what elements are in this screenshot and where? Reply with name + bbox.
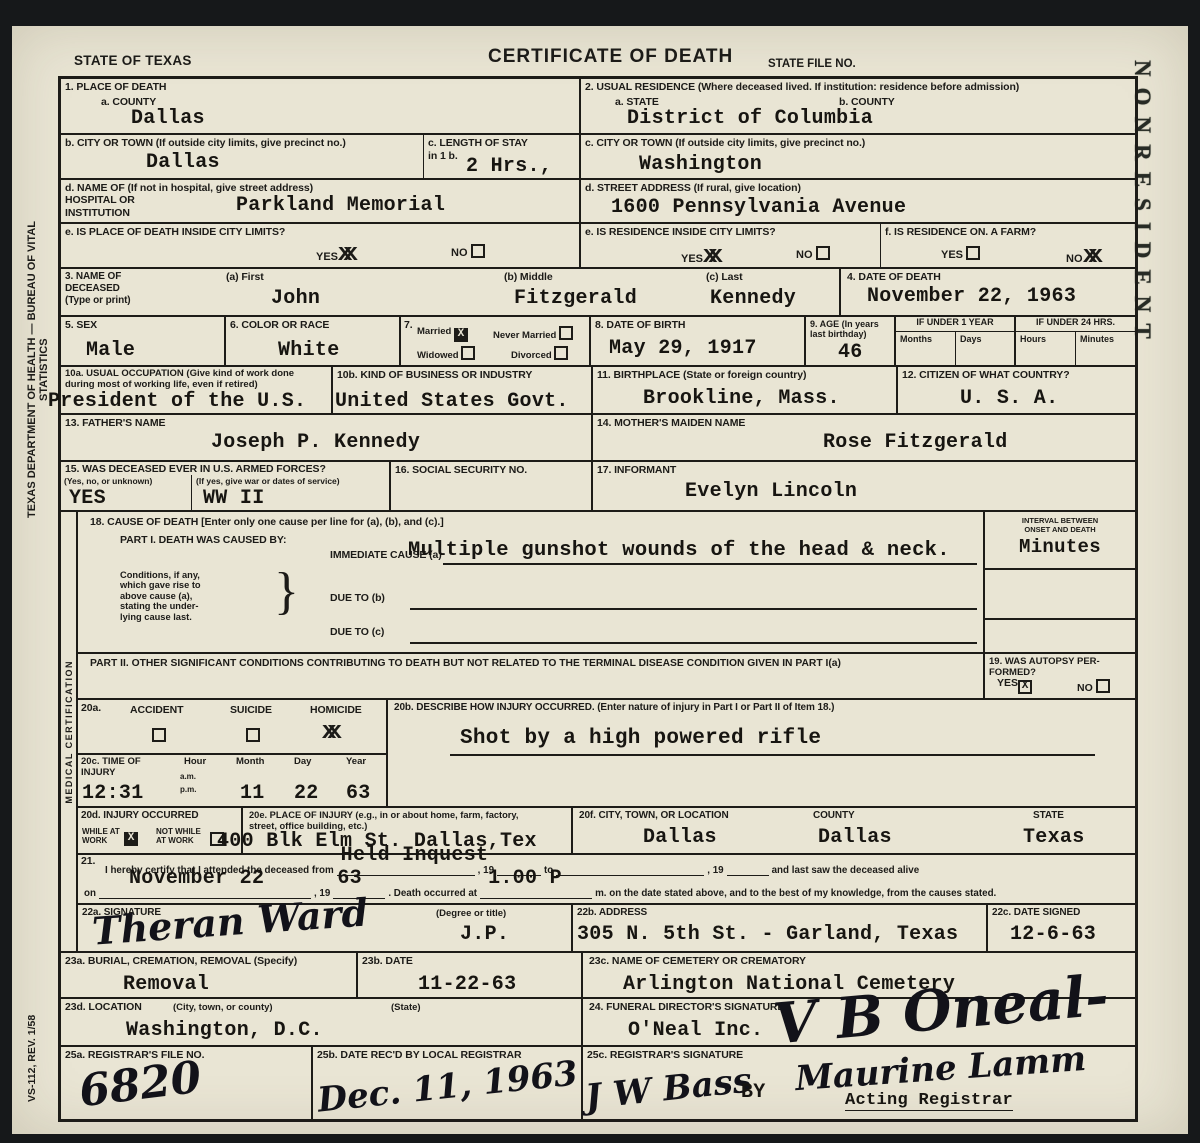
day-label: Day bbox=[294, 757, 311, 768]
birthplace-value: Brookline, Mass. bbox=[643, 387, 840, 410]
interval-blank-b bbox=[985, 568, 1135, 618]
yes-label: YES bbox=[681, 253, 703, 265]
injury-county-label: COUNTY bbox=[813, 810, 855, 822]
color-race-label: 6. COLOR OR RACE bbox=[230, 319, 329, 331]
burial-location-label: 23d. LOCATION bbox=[65, 1001, 142, 1013]
injury-occurred-label: 20d. INJURY OCCURRED bbox=[81, 810, 198, 822]
business-label: 10b. KIND OF BUSINESS OR INDUSTRY bbox=[337, 369, 532, 381]
row-name-dod: 3. NAME OF DECEASED (Type or print) (a) … bbox=[61, 269, 1135, 317]
part2-label: PART II. OTHER SIGNIFICANT CONDITIONS CO… bbox=[90, 658, 841, 669]
residence-city-value: Washington bbox=[639, 153, 762, 176]
armed-forces-war-value: WW II bbox=[203, 487, 265, 510]
row-place-residence: 1. PLACE OF DEATH a. COUNTY Dallas b. CI… bbox=[61, 79, 1135, 269]
length-of-stay-value: 2 Hrs., bbox=[466, 155, 552, 178]
screenshot-root: { "chrome": { "state_of_texas": "STATE O… bbox=[0, 0, 1200, 1143]
residence-state-value: District of Columbia bbox=[627, 107, 873, 130]
registrar-signature: J W Bass bbox=[583, 1060, 753, 1117]
burial-date-label: 23b. DATE bbox=[362, 955, 413, 967]
while-at-work-label: WHILE AT WORK bbox=[82, 828, 120, 846]
first-name-label: (a) First bbox=[226, 271, 264, 283]
armed-forces-war-label: (If yes, give war or dates of service) bbox=[196, 477, 340, 486]
registrar-signature-label: 25c. REGISTRAR'S SIGNATURE bbox=[587, 1049, 743, 1061]
place-city-limits-label: e. IS PLACE OF DEATH INSIDE CITY LIMITS? bbox=[65, 226, 285, 238]
immediate-cause-rule bbox=[443, 563, 977, 565]
state-of-texas-label: STATE OF TEXAS bbox=[74, 53, 192, 68]
date-received-value: Dec. 11, 1963 bbox=[316, 1053, 580, 1120]
conditions-note: Conditions, if any, which gave rise to a… bbox=[120, 570, 201, 622]
no-label: NO bbox=[796, 249, 813, 261]
immediate-cause-value: Multiple gunshot wounds of the head & ne… bbox=[408, 539, 950, 562]
burial-location-value: Washington, D.C. bbox=[126, 1019, 323, 1042]
married-label: Married bbox=[417, 326, 451, 337]
checkbox-accident bbox=[152, 728, 166, 742]
injury-county-value: Dallas bbox=[818, 826, 892, 849]
usual-residence-label: 2. USUAL RESIDENCE (Where deceased lived… bbox=[585, 81, 1019, 93]
no-label: NO bbox=[451, 247, 468, 259]
date-of-death-label: 4. DATE OF DEATH bbox=[847, 271, 941, 283]
acting-registrar-title: Acting Registrar bbox=[845, 1091, 1013, 1111]
funeral-director-typed: O'Neal Inc. bbox=[628, 1019, 763, 1042]
age-label: 9. AGE (In years last birthday) bbox=[810, 319, 879, 340]
burial-type-value: Removal bbox=[123, 973, 209, 996]
cemetery-label: 23c. NAME OF CEMETERY OR CREMATORY bbox=[589, 955, 806, 967]
armed-forces-label: 15. WAS DECEASED EVER IN U.S. ARMED FORC… bbox=[65, 463, 326, 475]
describe-injury-label: 20b. DESCRIBE HOW INJURY OCCURRED. (Ente… bbox=[394, 702, 834, 714]
page-title: CERTIFICATE OF DEATH bbox=[488, 46, 733, 68]
time-of-injury-label: 20c. TIME OF INJURY bbox=[81, 757, 141, 779]
certify-text-6: on bbox=[84, 888, 96, 899]
checkbox-no-empty bbox=[816, 246, 830, 260]
birthplace-label: 11. BIRTHPLACE (State or foreign country… bbox=[597, 369, 806, 381]
accident-label: ACCIDENT bbox=[130, 704, 183, 716]
city-value: Dallas bbox=[146, 151, 220, 174]
date-received-label: 25b. DATE REC'D BY LOCAL REGISTRAR bbox=[317, 1049, 521, 1061]
certify-number: 21. bbox=[81, 855, 95, 867]
row-parents: 13. FATHER'S NAME Joseph P. Kennedy 14. … bbox=[61, 415, 1135, 462]
residence-farm-label: f. IS RESIDENCE ON. A FARM? bbox=[885, 226, 1036, 238]
mother-name-label: 14. MOTHER'S MAIDEN NAME bbox=[597, 417, 745, 429]
burial-date-value: 11-22-63 bbox=[418, 973, 516, 996]
row-signature: 22a. SIGNATURE Theran Ward (Degree or ti… bbox=[78, 905, 1135, 951]
yes-label: YES bbox=[997, 677, 1018, 689]
row-cause-of-death: 18. CAUSE OF DEATH [Enter only one cause… bbox=[78, 512, 1135, 700]
hours-label: Hours bbox=[1020, 334, 1046, 344]
suicide-label: SUICIDE bbox=[230, 704, 272, 716]
part1-label: PART I. DEATH WAS CAUSED BY: bbox=[120, 534, 286, 546]
row-registrar: 25a. REGISTRAR'S FILE NO. 6820 25b. DATE… bbox=[61, 1047, 1135, 1119]
row-location-funeral: 23d. LOCATION (City, town, or county) (S… bbox=[61, 999, 1135, 1047]
section-usual-residence: 2. USUAL RESIDENCE (Where deceased lived… bbox=[581, 79, 1135, 267]
divorced-label: Divorced bbox=[511, 350, 552, 361]
citizen-value: U. S. A. bbox=[960, 387, 1058, 410]
medical-certification-wrap: MEDICAL CERTIFICATION 18. CAUSE OF DEATH… bbox=[61, 512, 1135, 951]
interval-label: INTERVAL BETWEEN ONSET AND DEATH bbox=[985, 516, 1135, 535]
months-label: Months bbox=[900, 334, 932, 344]
certificate-form: 1. PLACE OF DEATH a. COUNTY Dallas b. CI… bbox=[58, 76, 1138, 1122]
certify-text-5: and last saw the deceased alive bbox=[772, 865, 920, 876]
degree-title-label: (Degree or title) bbox=[436, 909, 506, 920]
row-sex-race-dob: 5. SEX Male 6. COLOR OR RACE White 7. Ma… bbox=[61, 317, 1135, 367]
place-of-injury-value: 400 Blk Elm St. Dallas,Tex bbox=[217, 830, 537, 853]
time-of-injury-value: 12:31 bbox=[82, 782, 144, 805]
certify-text-4: , 19 bbox=[707, 865, 723, 876]
checkbox-yes-empty bbox=[966, 246, 980, 260]
registrar-by-label: BY bbox=[741, 1081, 766, 1104]
row-injury-manner: 20a. ACCIDENT SUICIDE HOMICIDE XX 20c. T… bbox=[78, 700, 1135, 808]
state-file-no-label: STATE FILE NO. bbox=[768, 58, 856, 70]
burial-type-label: 23a. BURIAL, CREMATION, REMOVAL (Specify… bbox=[65, 955, 297, 967]
left-margin-form-number: VS-112, REV. 1/58 bbox=[26, 988, 42, 1128]
father-name-label: 13. FATHER'S NAME bbox=[65, 417, 165, 429]
checkbox-widowed bbox=[461, 346, 475, 360]
certify-text-9: m. on the date stated above, and to the … bbox=[595, 888, 996, 899]
if-under-1-year-label: IF UNDER 1 YEAR bbox=[896, 317, 1014, 332]
date-signed-value: 12-6-63 bbox=[1010, 923, 1096, 946]
date-of-birth-label: 8. DATE OF BIRTH bbox=[595, 319, 685, 331]
day-value: 22 bbox=[294, 782, 319, 805]
yes-label: YES bbox=[941, 249, 963, 261]
never-married-label: Never Married bbox=[493, 330, 556, 341]
sex-value: Male bbox=[86, 339, 135, 362]
funeral-director-label: 24. FUNERAL DIRECTOR'S SIGNATURE bbox=[589, 1001, 784, 1013]
checkbox-never-married bbox=[559, 326, 573, 340]
date-of-death-value: November 22, 1963 bbox=[867, 285, 1076, 308]
certify-blank-time: 1.00 P bbox=[480, 885, 592, 899]
checkbox-autopsy-yes-checked: X bbox=[1018, 680, 1032, 694]
certify-blank-to bbox=[556, 862, 704, 876]
cause-of-death-label: 18. CAUSE OF DEATH [Enter only one cause… bbox=[90, 516, 444, 528]
due-to-c-rule bbox=[410, 642, 977, 644]
burial-location-paren1: (City, town, or county) bbox=[173, 1003, 273, 1014]
checkbox-autopsy-no bbox=[1096, 679, 1110, 693]
registrar-file-no-value: 6820 bbox=[76, 1052, 204, 1118]
certify-blank-yr2 bbox=[727, 862, 769, 876]
color-race-value: White bbox=[278, 339, 340, 362]
citizen-label: 12. CITIZEN OF WHAT COUNTRY? bbox=[902, 369, 1070, 381]
injury-city-label: 20f. CITY, TOWN, OR LOCATION bbox=[579, 810, 729, 822]
yes-xx-mark: XX bbox=[703, 246, 723, 268]
checkbox-while-at-work-checked: X bbox=[124, 832, 138, 846]
due-to-c-label: DUE TO (c) bbox=[330, 626, 384, 638]
injury-state-label: STATE bbox=[1033, 810, 1064, 822]
ssn-label: 16. SOCIAL SECURITY NO. bbox=[395, 464, 527, 476]
brace-icon: } bbox=[274, 562, 299, 621]
year-value: 63 bbox=[346, 782, 371, 805]
occupation-label: 10a. USUAL OCCUPATION (Give kind of work… bbox=[65, 369, 294, 391]
street-address-value: 1600 Pennsylvania Avenue bbox=[611, 196, 906, 219]
father-name-value: Joseph P. Kennedy bbox=[211, 431, 420, 454]
yes-xx-mark: XX bbox=[338, 244, 358, 266]
injury-city-value: Dallas bbox=[643, 826, 717, 849]
yes-label: YES bbox=[316, 251, 338, 263]
middle-name-label: (b) Middle bbox=[504, 271, 553, 283]
manner-label: 20a. bbox=[81, 702, 101, 714]
row-occupation: 10a. USUAL OCCUPATION (Give kind of work… bbox=[61, 367, 1135, 415]
informant-value: Evelyn Lincoln bbox=[685, 480, 857, 503]
armed-forces-yn-value: YES bbox=[69, 487, 106, 510]
pm-label: p.m. bbox=[180, 786, 196, 795]
not-while-at-work-label: NOT WHILE AT WORK bbox=[156, 828, 201, 846]
due-to-b-label: DUE TO (b) bbox=[330, 592, 385, 604]
informant-label: 17. INFORMANT bbox=[597, 464, 676, 476]
residence-city-label: c. CITY OR TOWN (If outside city limits,… bbox=[585, 137, 865, 149]
interval-value: Minutes bbox=[985, 536, 1135, 558]
row-injury-place: 20d. INJURY OCCURRED WHILE AT WORK X NOT… bbox=[78, 808, 1135, 855]
medical-certification-margin-label: MEDICAL CERTIFICATION bbox=[64, 660, 74, 804]
no-label: NO bbox=[1077, 682, 1093, 694]
degree-title-value: J.P. bbox=[460, 923, 509, 946]
if-under-24-hrs-label: IF UNDER 24 HRS. bbox=[1016, 317, 1135, 332]
certify-time-value: 1.00 P bbox=[488, 867, 562, 890]
certify-text-8: . Death occurred at bbox=[388, 888, 477, 899]
left-margin-agency-text: TEXAS DEPARTMENT OF HEALTH — BUREAU OF V… bbox=[26, 202, 44, 538]
row-forces-informant: 15. WAS DECEASED EVER IN U.S. ARMED FORC… bbox=[61, 462, 1135, 512]
days-label: Days bbox=[960, 334, 982, 344]
minutes-label: Minutes bbox=[1080, 334, 1114, 344]
certify-year-value: 63 bbox=[337, 867, 362, 890]
certify-on-value: November 22 bbox=[129, 867, 264, 890]
date-of-birth-value: May 29, 1917 bbox=[609, 337, 757, 360]
signer-address-value: 305 N. 5th St. - Garland, Texas bbox=[577, 923, 958, 946]
name-of-deceased-label: 3. NAME OF DECEASED (Type or print) bbox=[65, 271, 131, 306]
checkbox-divorced bbox=[554, 346, 568, 360]
burial-location-paren2: (State) bbox=[391, 1003, 421, 1014]
am-label: a.m. bbox=[180, 773, 196, 782]
checkbox-no-empty bbox=[471, 244, 485, 258]
checkbox-married-checked: X bbox=[454, 328, 468, 342]
section-place-of-death: 1. PLACE OF DEATH a. COUNTY Dallas b. CI… bbox=[61, 79, 581, 267]
homicide-label: HOMICIDE bbox=[310, 704, 362, 716]
month-label: Month bbox=[236, 757, 265, 768]
checkbox-suicide bbox=[246, 728, 260, 742]
signer-address-label: 22b. ADDRESS bbox=[577, 907, 647, 919]
widowed-label: Widowed bbox=[417, 350, 459, 361]
marital-label: 7. bbox=[404, 319, 413, 331]
last-name-label: (c) Last bbox=[706, 271, 743, 283]
due-to-b-rule bbox=[410, 608, 977, 610]
year-label: Year bbox=[346, 757, 366, 768]
injury-state-value: Texas bbox=[1023, 826, 1085, 849]
interval-blank-c bbox=[985, 618, 1135, 652]
sex-label: 5. SEX bbox=[65, 319, 97, 331]
place-of-death-label: 1. PLACE OF DEATH bbox=[65, 81, 166, 93]
hour-label: Hour bbox=[184, 757, 206, 768]
occupation-value: President of the U.S. bbox=[48, 390, 306, 413]
autopsy-label: 19. WAS AUTOPSY PER- FORMED? bbox=[989, 657, 1100, 679]
mother-name-value: Rose Fitzgerald bbox=[823, 431, 1008, 454]
date-signed-label: 22c. DATE SIGNED bbox=[992, 907, 1080, 919]
residence-city-limits-label: e. IS RESIDENCE INSIDE CITY LIMITS? bbox=[585, 226, 776, 238]
first-name-value: John bbox=[271, 287, 320, 310]
age-value: 46 bbox=[838, 341, 863, 364]
last-name-value: Kennedy bbox=[710, 287, 796, 310]
business-value: United States Govt. bbox=[335, 390, 569, 413]
month-value: 11 bbox=[240, 782, 265, 805]
armed-forces-yn-label: (Yes, no, or unknown) bbox=[64, 477, 152, 486]
place-of-injury-label: 20e. PLACE OF INJURY (e.g., in or about … bbox=[249, 810, 519, 831]
describe-injury-rule bbox=[450, 754, 1095, 756]
no-xx-mark: XX bbox=[1083, 246, 1103, 268]
no-label: NO bbox=[1066, 253, 1083, 265]
hospital-value: Parkland Memorial bbox=[236, 194, 445, 217]
city-label: b. CITY OR TOWN (If outside city limits,… bbox=[65, 137, 346, 149]
middle-name-value: Fitzgerald bbox=[514, 287, 637, 310]
street-address-label: d. STREET ADDRESS (If rural, give locati… bbox=[585, 182, 801, 194]
homicide-xx-mark: XX bbox=[322, 722, 342, 744]
county-value: Dallas bbox=[131, 107, 205, 130]
describe-injury-value: Shot by a high powered rifle bbox=[460, 727, 821, 750]
